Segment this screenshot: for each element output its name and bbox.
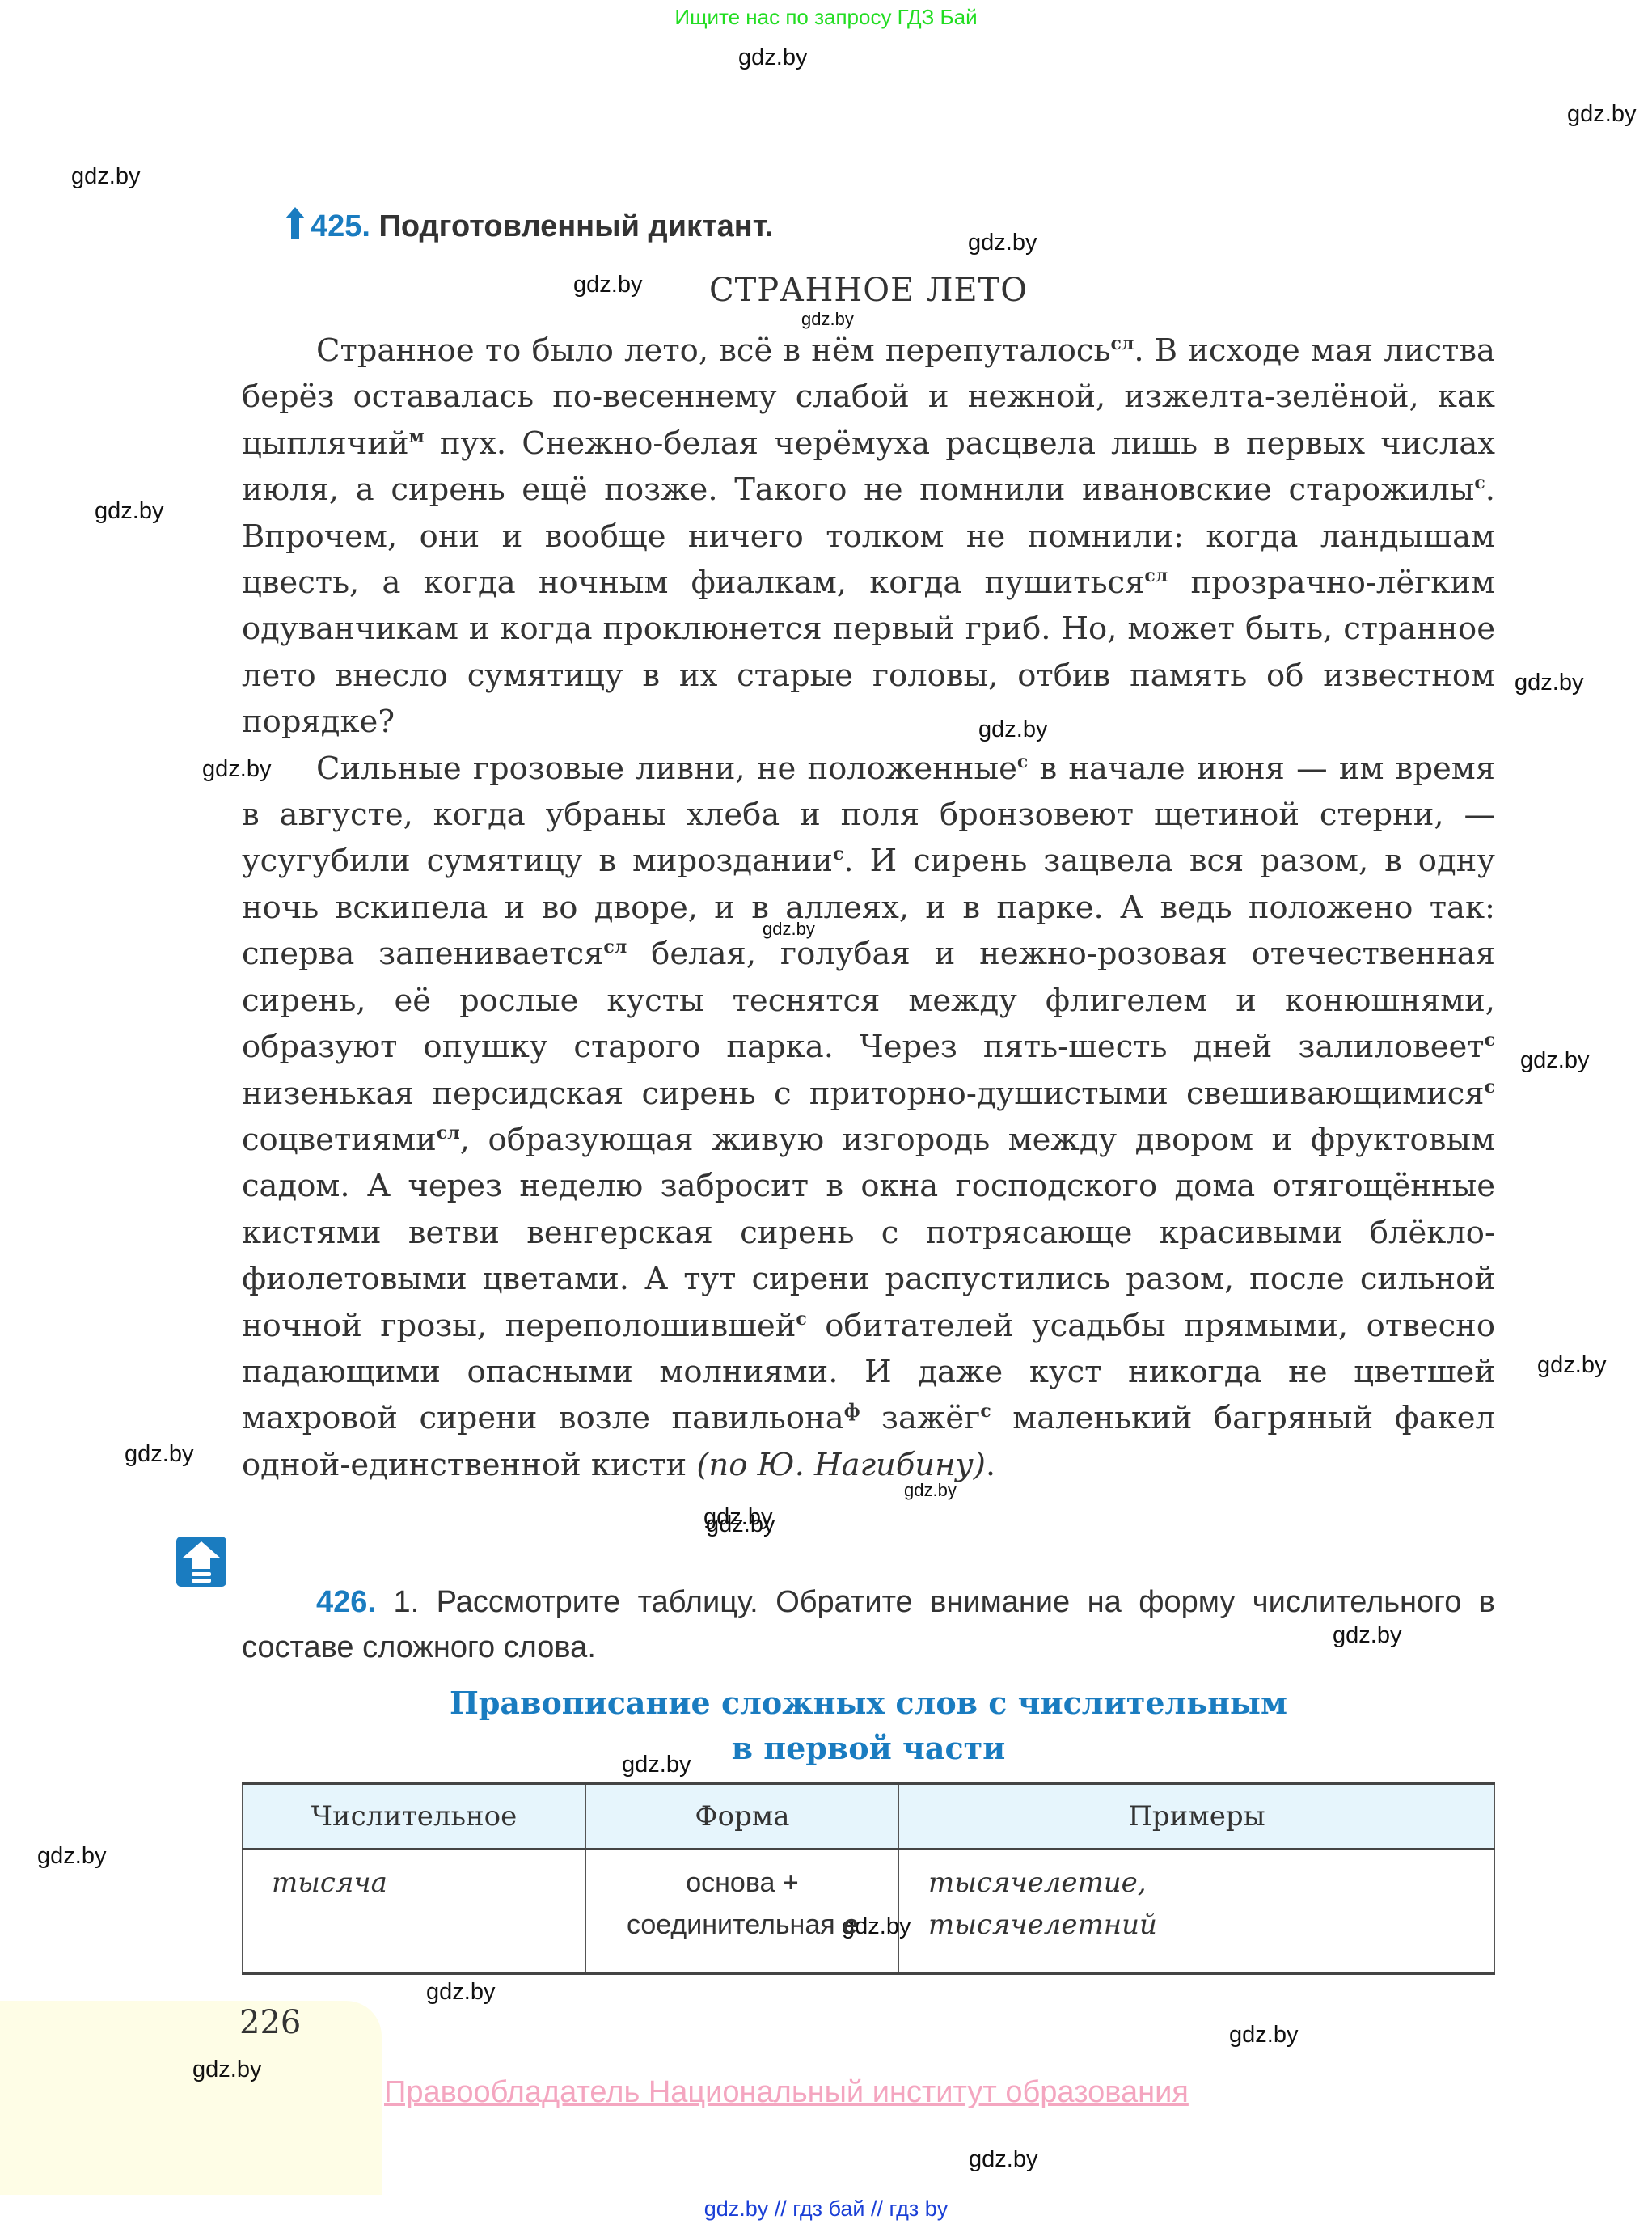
watermark: gdz.by <box>1515 670 1583 696</box>
paragraph-2: Сильные грозовые ливни, не положенныес в… <box>242 746 1495 1489</box>
paragraph-1: Странное то было лето, всё в нём перепут… <box>242 328 1495 746</box>
watermark: gdz.by <box>969 2146 1037 2173</box>
table-title-line-1: Правописание сложных слов с числительным <box>242 1681 1495 1726</box>
note-mark: с <box>1017 751 1028 772</box>
note-mark: с <box>796 1309 806 1330</box>
watermark: gdz.by <box>95 498 163 525</box>
watermark: gdz.by <box>1537 1352 1606 1379</box>
watermark: gdz.by <box>968 230 1037 256</box>
note-mark: ф <box>844 1401 860 1422</box>
dictation-text: Странное то было лето, всё в нём перепут… <box>242 328 1495 1488</box>
table-header-row: Числительное Форма Примеры <box>243 1784 1495 1850</box>
exercise-title: Подготовленный диктант. <box>379 209 774 243</box>
examples-cell: тысячелетие,тысячелетний <box>899 1850 1495 1974</box>
column-header: Числительное <box>243 1784 586 1850</box>
watermark: gdz.by <box>426 1979 495 2006</box>
page-number-box <box>0 2001 382 2195</box>
exercise-425-heading: 425. Подготовленный диктант. <box>285 207 774 244</box>
note-mark: сл <box>603 937 627 958</box>
table-title: Правописание сложных слов с числительным… <box>242 1681 1495 1771</box>
watermark: gdz.by <box>192 2057 261 2083</box>
watermark: gdz.by <box>71 163 140 190</box>
note-mark: сл <box>437 1123 460 1144</box>
watermark: gdz.by <box>1520 1047 1589 1074</box>
watermark: gdz.by <box>1567 101 1636 128</box>
note-mark: с <box>980 1401 991 1422</box>
compound-words-table: Числительное Форма Примеры тысяча основа… <box>242 1782 1495 1975</box>
promo-banner: Ищите нас по запросу ГДЗ Бай <box>0 5 1652 30</box>
dictation-title: СТРАННОЕ ЛЕТО <box>0 272 1652 309</box>
exercise-426: 426. 1. Рассмотрите таблицу. Обратите вн… <box>242 1579 1495 1670</box>
source-attribution: (по Ю. Нагибину) <box>696 1447 985 1483</box>
note-mark: сл <box>1144 565 1168 586</box>
note-mark: с <box>1485 1030 1495 1051</box>
note-mark: сл <box>1110 333 1134 354</box>
watermark: gdz.by <box>125 1441 193 1468</box>
column-header: Форма <box>586 1784 899 1850</box>
watermark: gdz.by <box>703 1504 772 1531</box>
exercise-instruction: 1. Рассмотрите таблицу. Обратите внимани… <box>242 1585 1495 1664</box>
watermark: gdz.by <box>1229 2022 1298 2049</box>
watermark: gdz.by <box>37 1843 106 1870</box>
watermark: gdz.by <box>738 44 807 71</box>
numeral-cell: тысяча <box>243 1850 586 1974</box>
page-number: 226 <box>239 2004 301 2041</box>
exercise-number: 425. <box>311 209 370 243</box>
note-mark: с <box>1474 472 1485 493</box>
level-up-icon <box>176 1537 226 1587</box>
note-mark: с <box>1485 1076 1495 1097</box>
arrow-up-icon <box>285 207 306 239</box>
note-mark: м <box>409 426 425 447</box>
form-cell: основа + соединительная е <box>586 1850 899 1974</box>
column-header: Примеры <box>899 1784 1495 1850</box>
table-title-line-2: в первой части <box>242 1726 1495 1771</box>
note-mark: с <box>833 844 843 865</box>
footer-links[interactable]: gdz.by // гдз бай // гдз by <box>0 2197 1652 2222</box>
copyright-link[interactable]: Правообладатель Национальный институт об… <box>384 2075 1189 2110</box>
exercise-number: 426. <box>316 1585 376 1619</box>
table-row: тысяча основа + соединительная е тысячел… <box>243 1850 1495 1974</box>
